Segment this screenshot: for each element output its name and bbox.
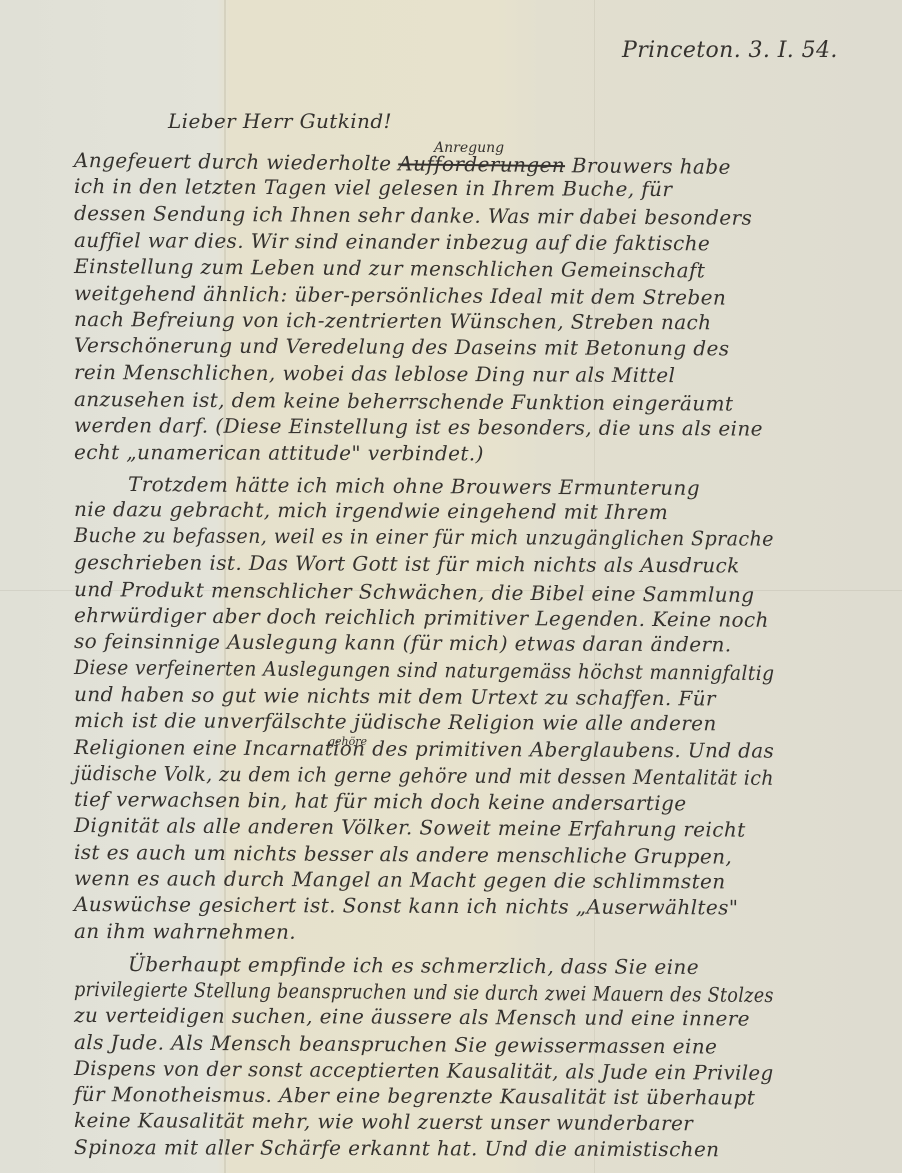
letter-line: Diese verfeinerten Auslegungen sind natu… <box>74 657 775 683</box>
letter-line: als Jude. Als Mensch beanspruchen Sie ge… <box>74 1032 717 1056</box>
letter-line: für Monotheismus. Aber eine begrenzte Ka… <box>74 1084 755 1108</box>
letter-line: echt „unamerican attitude" verbindet.) <box>74 442 484 463</box>
letter-line: werden darf. (Diese Einstellung ist es b… <box>74 415 763 439</box>
letter-line: Einstellung zum Leben und zur menschlich… <box>74 256 705 280</box>
letter-line: Dignität als alle anderen Völker. Soweit… <box>74 815 746 840</box>
letter-line: ist es auch um nichts besser als andere … <box>74 842 732 867</box>
letter-line: an ihm wahrnehmen. <box>74 921 296 942</box>
letter-line: Spinoza mit aller Schärfe erkannt hat. U… <box>74 1137 720 1159</box>
letter-line: ehrwürdiger aber doch reichlich primitiv… <box>74 605 769 630</box>
letter-line: Dispens von der sonst acceptierten Kausa… <box>74 1058 774 1083</box>
letter-line: Buche zu befassen, weil es in einer für … <box>74 525 774 549</box>
letter-line: dessen Sendung ich Ihnen sehr danke. Was… <box>74 203 752 228</box>
letter-page: Princeton. 3. I. 54. Lieber Herr Gutkind… <box>0 0 902 1173</box>
letter-line: Auswüchse gesichert ist. Sonst kann ich … <box>74 894 739 917</box>
letter-line: jüdische Volk, zu dem ich gerne gehöre u… <box>74 763 774 788</box>
letter-line: Religionen eine Incarnation des primitiv… <box>74 737 774 761</box>
letter-line: Verschönerung und Veredelung des Daseins… <box>74 335 730 358</box>
letter-line: ich in den letzten Tagen viel gelesen in… <box>74 176 672 199</box>
letter-line: nach Befreiung von ich-zentrierten Wünsc… <box>74 309 712 332</box>
letter-line: keine Kausalität mehr, wie wohl zuerst u… <box>74 1110 693 1133</box>
salutation: Lieber Herr Gutkind! <box>168 111 392 131</box>
letter-line: anzusehen ist, dem keine beherrschende F… <box>74 389 734 414</box>
letter-line: auffiel war dies. Wir sind einander inbe… <box>74 230 710 253</box>
dateline: Princeton. 3. I. 54. <box>622 40 838 62</box>
letter-line: mich ist die unverfälschte jüdische Reli… <box>74 710 717 733</box>
letter-line: tief verwachsen bin, hat für mich doch k… <box>74 789 687 813</box>
letter-line: Überhaupt empfinde ich es schmerzlich, d… <box>128 954 699 977</box>
letter-line: Trotzdem hätte ich mich ohne Brouwers Er… <box>128 474 700 498</box>
letter-line: rein Menschlichen, wobei das leblose Din… <box>74 362 675 385</box>
letter-line: nie dazu gebracht, mich irgendwie eingeh… <box>74 499 668 522</box>
letter-line: wenn es auch durch Mangel an Macht gegen… <box>74 868 726 891</box>
letter-line: zu verteidigen suchen, eine äussere als … <box>74 1005 750 1029</box>
letter-line: weitgehend ähnlich: über-persönliches Id… <box>74 283 726 308</box>
letter-line: so feinsinnige Auslegung kann (für mich)… <box>74 631 732 654</box>
letter-line: und haben so gut wie nichts mit dem Urte… <box>74 684 716 708</box>
letter-line: Angefeuert durch wiederholte Aufforderun… <box>74 150 731 177</box>
letter-line: geschrieben ist. Das Wort Gott ist für m… <box>74 552 740 575</box>
letter-line: privilegierte Stellung beanspruchen und … <box>74 979 774 1005</box>
struck-word: Aufforderungen <box>398 151 565 177</box>
letter-line: und Produkt menschlicher Schwächen, die … <box>74 579 755 605</box>
